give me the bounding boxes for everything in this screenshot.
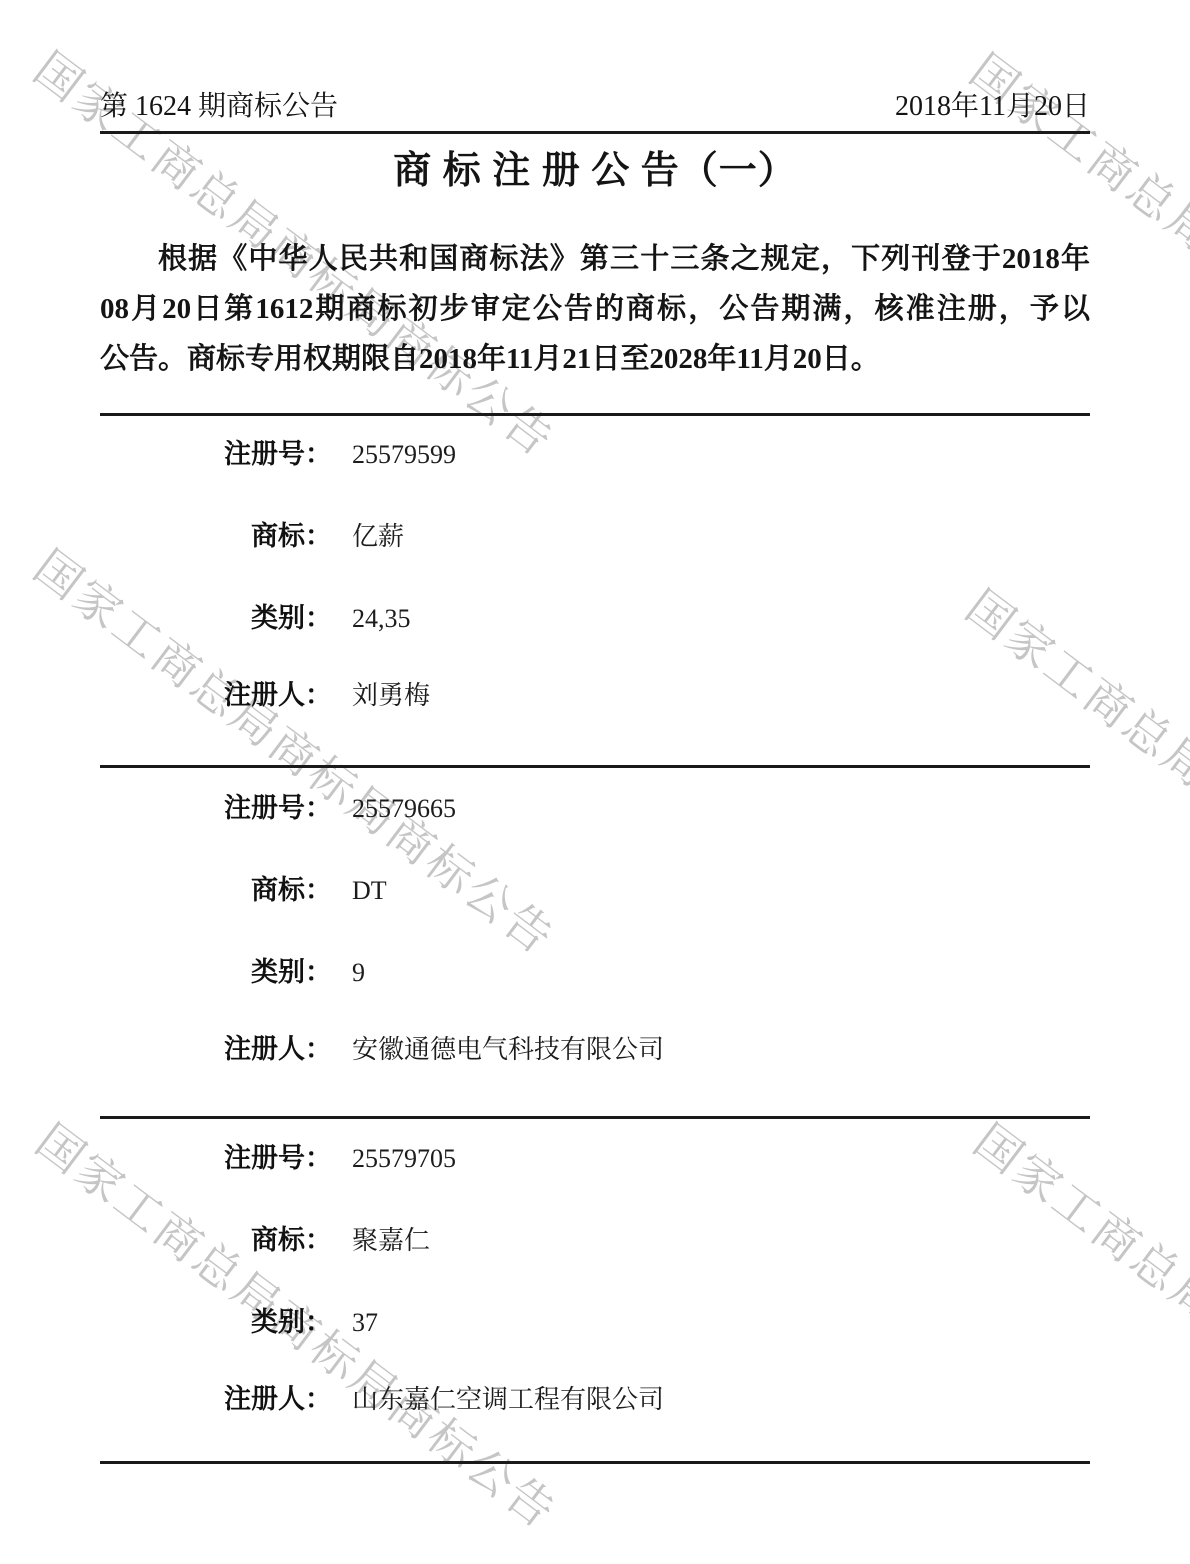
field-label-registrant: 注册人： (100, 677, 332, 713)
field-row-category: 类别： 9 (100, 954, 365, 991)
field-label-category: 类别： (100, 1304, 332, 1340)
field-value-registrant: 安徽通德电气科技有限公司 (352, 1032, 664, 1068)
gazette-date: 2018年11月20日 (895, 90, 1090, 124)
record-separator (100, 765, 1090, 768)
field-row-registrant: 注册人： 山东嘉仁空调工程有限公司 (100, 1381, 664, 1418)
field-row-reg-no: 注册号： 25579705 (100, 1140, 456, 1177)
field-row-mark: 商标： 亿薪 (100, 518, 404, 555)
field-label-registrant: 注册人： (100, 1031, 332, 1067)
intro-line-3: 公告。商标专用权期限自2018年11月21日至2028年11月20日。 (100, 334, 1090, 384)
page-header: 第 1624 期商标公告 2018年11月20日 (100, 90, 1090, 124)
field-row-reg-no: 注册号： 25579599 (100, 436, 456, 473)
header-rule (100, 131, 1090, 134)
field-value-category: 9 (352, 955, 365, 991)
field-label-reg-no: 注册号： (100, 1140, 332, 1176)
field-value-category: 24,35 (352, 601, 411, 637)
field-label-mark: 商标： (100, 1222, 332, 1258)
field-row-category: 类别： 24,35 (100, 600, 411, 637)
field-row-registrant: 注册人： 刘勇梅 (100, 677, 430, 714)
intro-line-1: 根据《中华人民共和国商标法》第三十三条之规定，下列刊登于2018年 (100, 234, 1090, 284)
field-label-category: 类别： (100, 954, 332, 990)
record-separator (100, 1116, 1090, 1119)
field-label-reg-no: 注册号： (100, 790, 332, 826)
intro-line-2: 08月20日第1612期商标初步审定公告的商标，公告期满，核准注册，予以 (100, 284, 1090, 334)
field-value-reg-no: 25579665 (352, 791, 456, 827)
field-value-mark: 亿薪 (352, 519, 404, 555)
record-separator (100, 413, 1090, 416)
page-title: 商 标 注 册 公 告（一） (100, 146, 1090, 196)
field-label-registrant: 注册人： (100, 1381, 332, 1417)
field-label-mark: 商标： (100, 872, 332, 908)
field-value-registrant: 刘勇梅 (352, 678, 430, 714)
field-row-category: 类别： 37 (100, 1304, 378, 1341)
field-value-reg-no: 25579599 (352, 437, 456, 473)
watermark-text: 国家工商总局商标局商标公告 (954, 572, 1190, 1008)
watermark-text: 国家工商总局商标局商标公告 (962, 1106, 1190, 1542)
field-row-reg-no: 注册号： 25579665 (100, 790, 456, 827)
field-row-mark: 商标： DT (100, 872, 387, 909)
gazette-issue-number: 第 1624 期商标公告 (100, 90, 338, 124)
field-label-mark: 商标： (100, 518, 332, 554)
field-row-registrant: 注册人： 安徽通德电气科技有限公司 (100, 1031, 664, 1068)
intro-paragraph: 根据《中华人民共和国商标法》第三十三条之规定，下列刊登于2018年 08月20日… (100, 234, 1090, 384)
field-value-category: 37 (352, 1305, 378, 1341)
gazette-page: 国家工商总局商标局商标公告 国家工商总局商标局商标公告 国家工商总局商标局商标公… (0, 0, 1190, 1564)
field-value-registrant: 山东嘉仁空调工程有限公司 (352, 1382, 664, 1418)
field-value-reg-no: 25579705 (352, 1141, 456, 1177)
field-row-mark: 商标： 聚嘉仁 (100, 1222, 430, 1259)
field-value-mark: 聚嘉仁 (352, 1223, 430, 1259)
field-label-category: 类别： (100, 600, 332, 636)
field-label-reg-no: 注册号： (100, 436, 332, 472)
record-separator (100, 1461, 1090, 1464)
field-value-mark: DT (352, 873, 387, 909)
